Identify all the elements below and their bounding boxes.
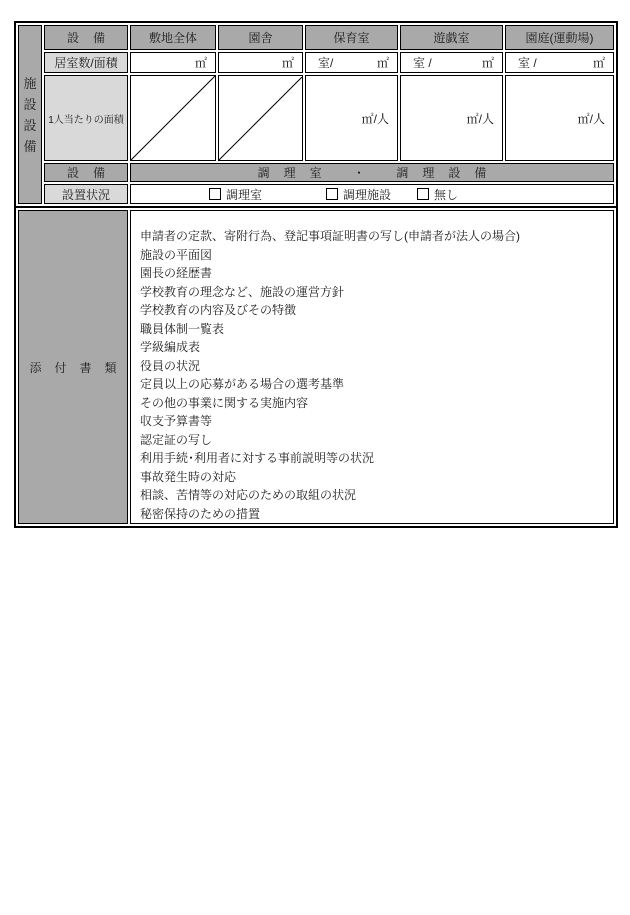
attached-documents-table: 添付書類 申請者の定款、寄附行為、登記事項証明書の写し(申請者が法人の場合) 施… [16,208,616,526]
checkbox-option-cooking-room[interactable]: 調理室 [209,186,262,203]
input-cell-nursery-rooms-area: 室/ ㎡ [305,52,398,73]
checkbox-option-none[interactable]: 無し [417,186,458,203]
unit-label: ㎡ [482,54,494,71]
checkbox-icon[interactable] [209,188,221,200]
row-label-area-per-person: 1人当たりの面積 [44,75,128,161]
attached-document-item: 学級編成表 [140,338,605,357]
attached-document-item: 園長の経歴書 [140,264,605,283]
input-cell-playground-per-person: ㎡/人 [505,75,614,161]
cooking-room-section-title: 調理室 ・ 調理設備 [130,163,614,182]
equipment-header-cell: 設備 [44,25,128,50]
unit-label: ㎡/人 [306,110,397,127]
input-cell-building-area: ㎡ [218,52,303,73]
application-form-table: 施 設 設 備 設備 敷地全体 園舎 保育室 遊戯室 園庭(運動場) 居室数/面… [14,21,618,528]
rooms-prefix-label: 室 / [514,54,537,71]
installation-status-cell: 調理室 調理施設 無し [130,184,614,204]
checkbox-icon[interactable] [417,188,429,200]
column-header-building: 園舎 [218,25,303,50]
attached-document-item: 学校教育の理念など、施設の運営方針 [140,283,605,302]
checkbox-label: 調理施設 [343,186,391,203]
input-cell-site-area: ㎡ [130,52,216,73]
row-label-installation-status: 設置状況 [44,184,128,204]
cooking-equipment-header-cell: 設備 [44,163,128,182]
input-cell-playroom-per-person: ㎡/人 [400,75,503,161]
unit-label: ㎡/人 [506,110,613,127]
column-header-site-total: 敷地全体 [130,25,216,50]
unit-label: ㎡ [131,54,215,71]
na-diagonal-cell [130,75,216,161]
column-header-nursery-room: 保育室 [305,25,398,50]
unit-label: ㎡ [377,54,389,71]
diagonal-line-icon [131,76,215,160]
attached-documents-list: 申請者の定款、寄附行為、登記事項証明書の写し(申請者が法人の場合) 施設の平面図… [131,211,613,523]
attached-document-item: 収支予算書等 [140,412,605,431]
attached-document-item: 職員体制一覧表 [140,320,605,339]
unit-label: ㎡/人 [401,110,502,127]
attached-document-item: 申請者の定款、寄附行為、登記事項証明書の写し(申請者が法人の場合) [140,227,605,246]
attached-document-item: 認定証の写し [140,431,605,450]
unit-label: ㎡ [219,54,302,71]
section-label-facility-equipment: 施 設 設 備 [18,25,42,204]
section-label-attached-documents: 添付書類 [18,210,128,524]
checkbox-icon[interactable] [326,188,338,200]
facility-equipment-table: 施 設 設 備 設備 敷地全体 園舎 保育室 遊戯室 園庭(運動場) 居室数/面… [16,23,616,206]
attached-document-item: 秘密保持のための措置 [140,505,605,524]
input-cell-playground-rooms-area: 室 / ㎡ [505,52,614,73]
row-label-rooms-area: 居室数/面積 [44,52,128,73]
attached-document-item: その他の事業に関する実施内容 [140,394,605,413]
input-cell-playroom-rooms-area: 室 / ㎡ [400,52,503,73]
attached-document-item: 定員以上の応募がある場合の選考基準 [140,375,605,394]
checkbox-option-cooking-facility[interactable]: 調理施設 [326,186,391,203]
column-header-play-room: 遊戯室 [400,25,503,50]
rooms-prefix-label: 室/ [314,54,333,71]
unit-label: ㎡ [593,54,605,71]
input-cell-nursery-per-person: ㎡/人 [305,75,398,161]
attached-document-item: 相談、苦情等の対応のための取組の状況 [140,486,605,505]
checkbox-label: 調理室 [226,186,262,203]
column-header-playground: 園庭(運動場) [505,25,614,50]
attached-document-item: 役員の状況 [140,357,605,376]
attached-document-item: 学校教育の内容及びその特徴 [140,301,605,320]
attached-document-item: 施設の平面図 [140,246,605,265]
diagonal-line-icon [219,77,302,160]
attached-document-item: 事故発生時の対応 [140,468,605,487]
cooking-equipment-header-label: 設備 [67,166,119,180]
equipment-header-label: 設備 [67,31,119,45]
na-diagonal-cell [218,75,303,161]
checkbox-label: 無し [434,186,458,203]
attached-document-item: 利用手続･利用者に対する事前説明等の状況 [140,449,605,468]
attached-documents-cell: 申請者の定款、寄附行為、登記事項証明書の写し(申請者が法人の場合) 施設の平面図… [130,210,614,524]
rooms-prefix-label: 室 / [409,54,432,71]
